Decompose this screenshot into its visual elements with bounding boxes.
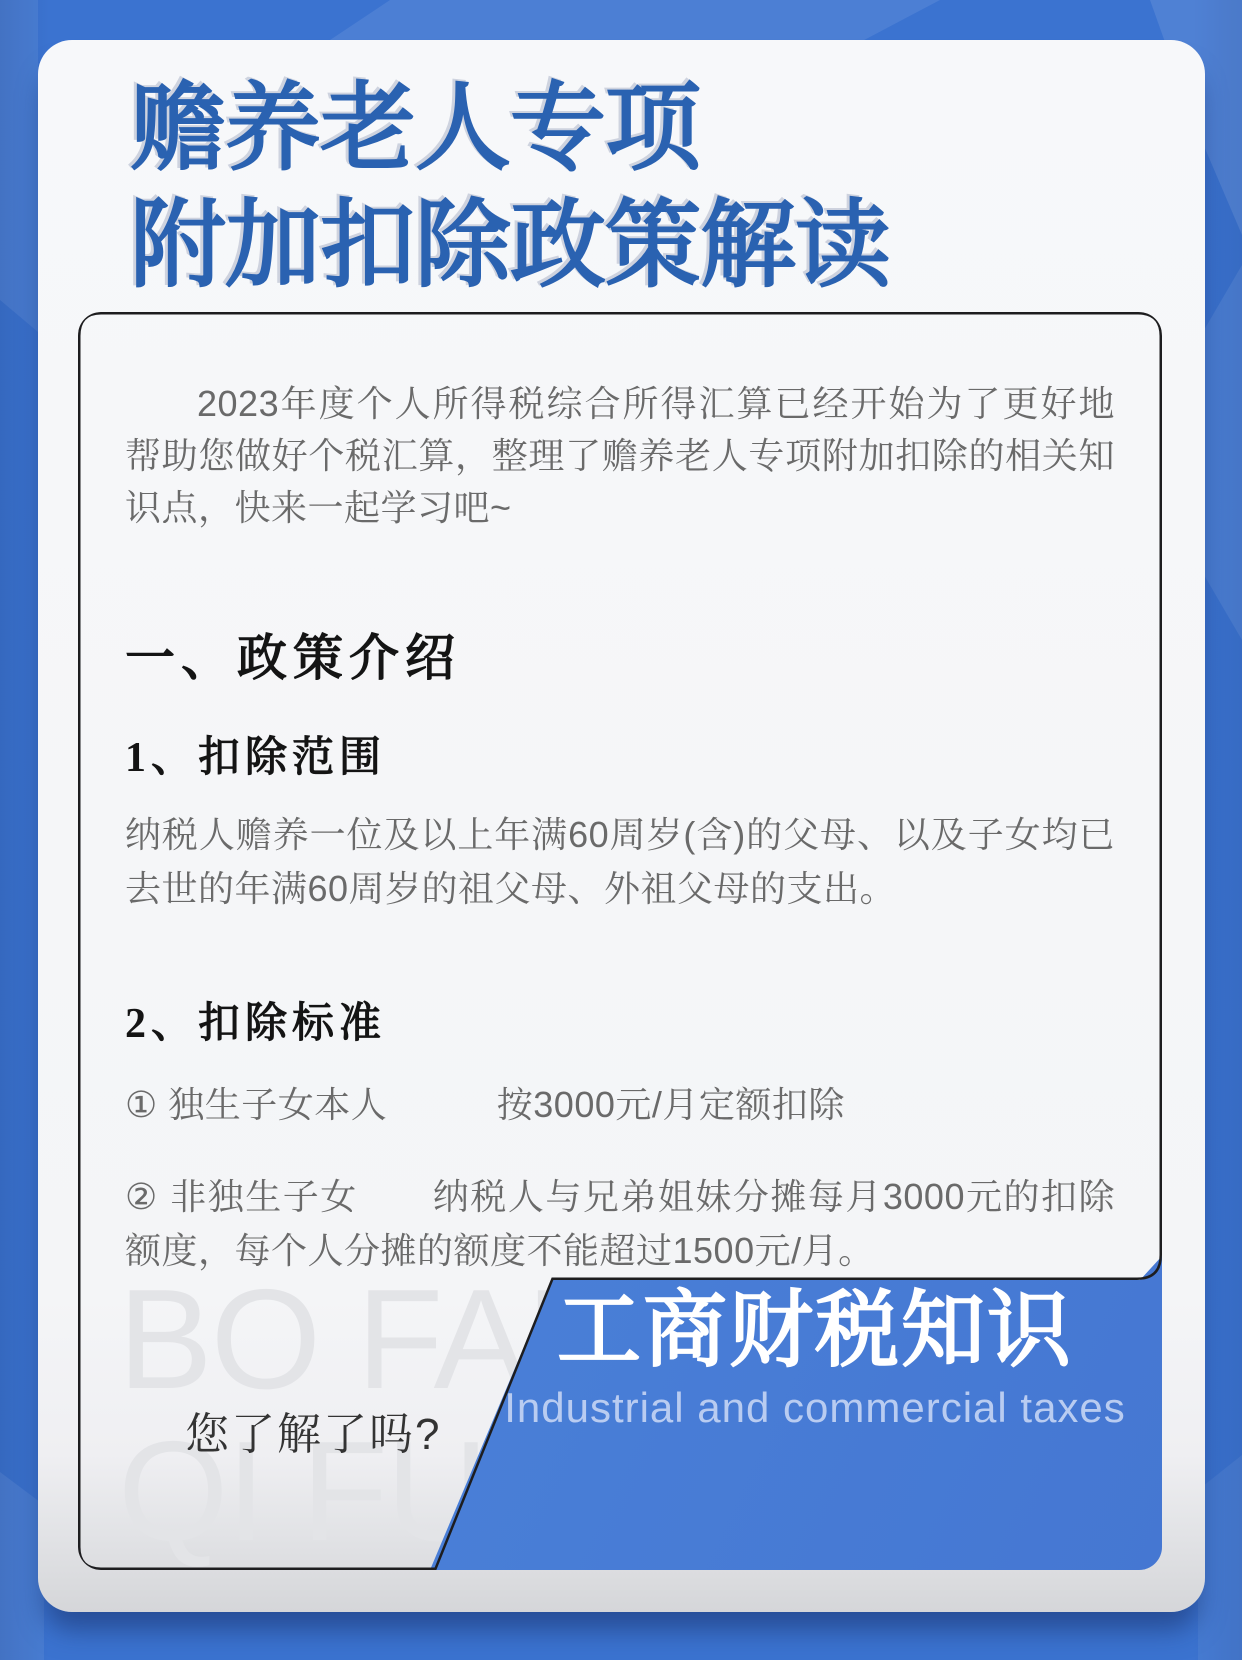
poster-title: 赡养老人专项 附加扣除政策解读	[130, 70, 890, 304]
deduction-item-only-child: ① 独生子女本人 按3000元/月定额扣除	[125, 1078, 1115, 1132]
question-text: 您了解了吗?	[185, 1398, 441, 1462]
content-card: 赡养老人专项 附加扣除政策解读 2023年度个人所得税综合所得汇算已经开始为了更…	[38, 40, 1205, 1612]
banner-subtitle: Industrial and commercial taxes	[468, 1384, 1162, 1432]
subheading-deduction-range: 1、扣除范围	[125, 724, 1115, 784]
banner-title: 工商财税知识	[468, 1286, 1162, 1374]
section-heading-policy: 一、政策介绍	[125, 618, 1115, 690]
bottom-banner-text: 工商财税知识 Industrial and commercial taxes	[468, 1286, 1162, 1432]
deduction-range-body: 纳税人赡养一位及以上年满60周岁(含)的父母、以及子女均已去世的年满60周岁的祖…	[125, 808, 1115, 916]
subheading-deduction-standard: 2、扣除标准	[125, 990, 1115, 1050]
poster-canvas: 赡养老人专项 附加扣除政策解读 2023年度个人所得税综合所得汇算已经开始为了更…	[0, 0, 1242, 1660]
policy-box: 2023年度个人所得税综合所得汇算已经开始为了更好地帮助您做好个税汇算，整理了赡…	[78, 312, 1162, 1570]
poster-title-line1: 赡养老人专项	[130, 70, 890, 187]
poster-title-line2: 附加扣除政策解读	[130, 187, 890, 304]
intro-paragraph: 2023年度个人所得税综合所得汇算已经开始为了更好地帮助您做好个税汇算，整理了赡…	[125, 378, 1115, 534]
